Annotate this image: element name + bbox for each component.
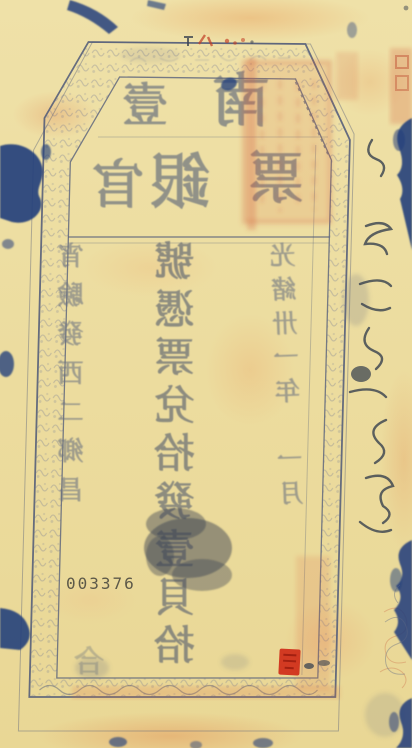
- red-seal-small: [278, 648, 300, 675]
- blue-ink-blots: [0, 0, 412, 748]
- top-edge-marks: [184, 6, 408, 46]
- red-seal-large-faded: [244, 58, 330, 230]
- serial-number: 003376: [66, 574, 136, 593]
- handwriting-ink: [350, 140, 393, 532]
- ink-blot-center: [144, 508, 232, 591]
- stains-and-marks: [0, 0, 412, 748]
- gray-smudges: [75, 47, 405, 737]
- banknote-scan: 壹 南 官 銀 票 宵驗發西二鄉昌 號憑票兌拾發壹貝拾 光緒卅一年 一月 合: [0, 0, 412, 748]
